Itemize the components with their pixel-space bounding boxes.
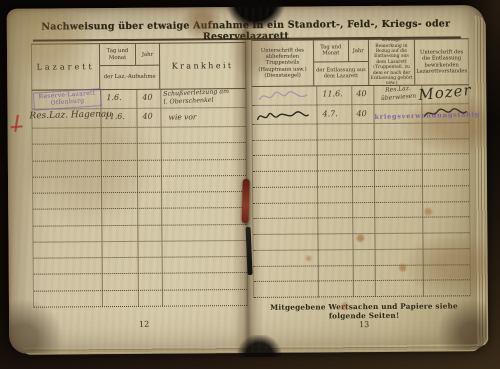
col-header-bemerkung: Etwaige Bemerkung in Bezug auf die Entla… (369, 40, 416, 85)
right-table-body: 11.6. 40 Res.Laz. überwiesen Mozer 4.7. … (251, 85, 471, 298)
left-page-table: Lazarett Tag und Monat Jahr der Laz.-Auf… (31, 42, 248, 309)
soldbuch-spread: Nachweisung über etwaige Aufnahme in ein… (7, 5, 488, 354)
stamp-line: Offenburg (50, 97, 84, 106)
entry-bemerkung-ueberwiesen: Res.Laz. überwiesen (376, 84, 421, 103)
col-header-entlassung-sub: der Entlassung aus dem Lazarett (314, 61, 368, 85)
col-header-aufnahme-sub: der Laz.-Aufnahme (100, 65, 159, 89)
binding-thread-red (242, 179, 250, 223)
col-header-jahr-left: Jahr (136, 44, 159, 65)
right-table-header: Unterschrift des abliefernden Truppentei… (251, 38, 469, 87)
entry-krankheit: Schußverletzung am l. Oberschenkel (163, 88, 230, 107)
entry-aufnahme-jahr: 40 (142, 112, 152, 121)
entry-entlassung-datum: 4.7. (322, 109, 337, 118)
bemerkung-line: überwiesen (381, 92, 417, 102)
right-page-table: Unterschrift des abliefernden Truppentei… (251, 38, 471, 299)
page-number-13: 13 (334, 320, 394, 329)
col-header-tag-monat-right: Tag und Monat (314, 40, 349, 61)
entry-aufnahme-jahr: 40 (142, 93, 152, 102)
left-table-header: Lazarett Tag und Monat Jahr der Laz.-Auf… (31, 42, 246, 91)
left-entries-layer: Reserve-Lazarett Offenburg 1.6. 40 Schuß… (32, 89, 247, 308)
entry-entlassung-jahr: 40 (356, 109, 366, 118)
page-number-12: 12 (114, 320, 174, 329)
right-entries-layer: 11.6. 40 Res.Laz. überwiesen Mozer 4.7. … (252, 85, 470, 298)
col-header-unterschrift-entlassung: Unterschrift des die Entlassung bewirken… (415, 39, 468, 84)
col-header-lazarett: Lazarett (32, 44, 100, 90)
gutter-bottom-notch (237, 335, 281, 357)
signature-mozer: Mozer (418, 81, 473, 104)
stacked-page-edges-right (475, 15, 489, 346)
krankheit-line: l. Oberschenkel (163, 97, 213, 106)
entry-entlassung-jahr: 40 (356, 89, 366, 98)
photo-scene: Nachweisung über etwaige Aufnahme in ein… (0, 0, 500, 369)
col-header-jahr-right: Jahr (349, 40, 368, 61)
entry-wie-vor: wie vor (168, 112, 196, 121)
entry-aufnahme-datum: 11.6. (104, 112, 124, 121)
col-header-tag-monat-left: Tag und Monat (100, 44, 136, 65)
signature-squiggle-purple (256, 88, 310, 106)
signature-squiggle-dark (254, 106, 310, 124)
red-pencil-mark (14, 115, 19, 132)
stamp-reserve-lazarett-offenburg: Reserve-Lazarett Offenburg (33, 88, 102, 110)
signature-squiggle-dark (422, 103, 468, 121)
col-group-aufnahme-datum: Tag und Monat Jahr der Laz.-Aufnahme (100, 44, 160, 89)
entry-lazarett-hagenau: Res.Laz. Hagenau (29, 109, 112, 121)
entry-entlassung-datum: 11.6. (322, 89, 342, 98)
left-table-body: Reserve-Lazarett Offenburg 1.6. 40 Schuß… (31, 89, 248, 308)
bottom-note: Mitgegebene Wertsachen und Papiere siehe… (257, 301, 471, 321)
entry-aufnahme-datum: 1.6. (106, 93, 121, 102)
col-group-entlassung-datum: Tag und Monat Jahr der Entlassung aus de… (314, 40, 369, 85)
gutter-top-notch (227, 0, 285, 29)
